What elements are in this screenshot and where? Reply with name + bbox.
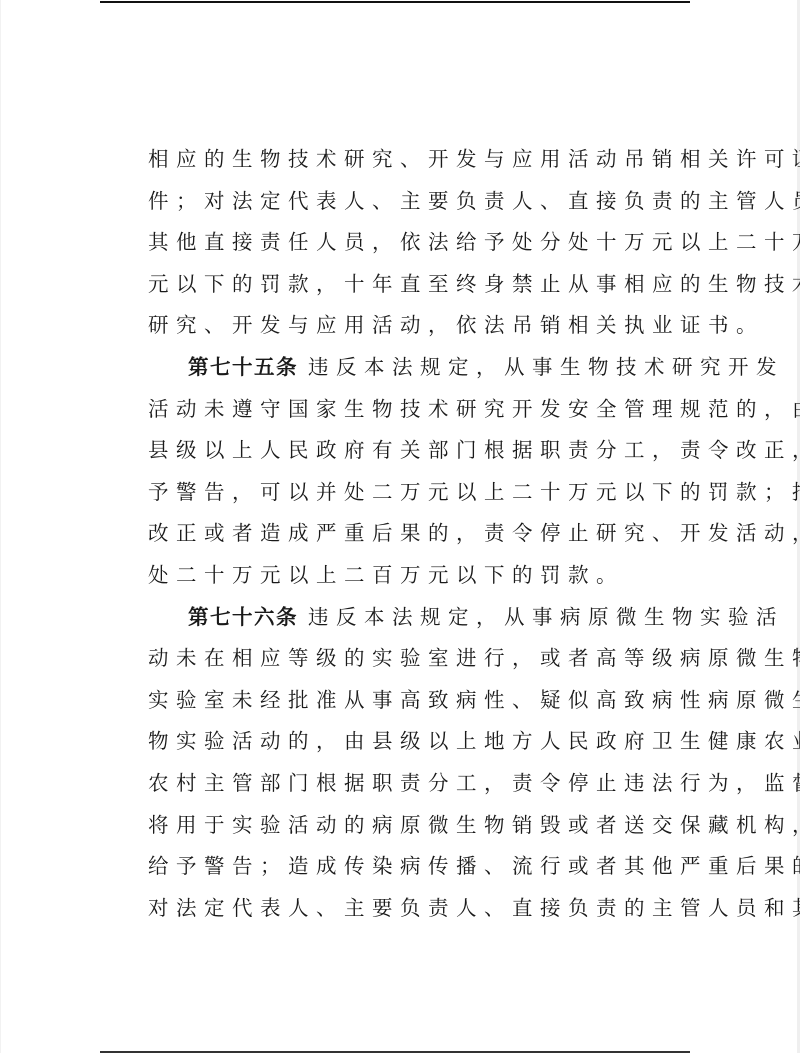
text-line: 改正或者造成严重后果的，责令停止研究、开发活动，并: [148, 513, 658, 555]
text-line: 将用于实验活动的病原微生物销毁或者送交保藏机构，: [148, 805, 658, 847]
page-edge-left: [0, 0, 1, 1053]
text-line: 其他直接责任人员，依法给予处分处十万元以上二十万: [148, 222, 658, 264]
text-line: 物实验活动的，由县级以上地方人民政府卫生健康农业: [148, 721, 658, 763]
article-75-first-line: 第七十五条违反本法规定，从事生物技术研究开发: [148, 347, 658, 389]
text-line: 研究、开发与应用活动，依法吊销相关执业证书。: [148, 305, 658, 347]
text-line: 违反本法规定，从事生物技术研究开发: [308, 355, 784, 379]
article-76-first-line: 第七十六条违反本法规定，从事病原微生物实验活: [148, 597, 658, 639]
text-line: 对法定代表人、主要负责人、直接负责的主管人员和其他: [148, 888, 658, 930]
text-line: 县级以上人民政府有关部门根据职责分工，责令改正，给: [148, 430, 658, 472]
text-line: 元以下的罚款，十年直至终身禁止从事相应的生物技术: [148, 264, 658, 306]
text-line: 件；对法定代表人、主要负责人、直接负责的主管人员和: [148, 181, 658, 223]
text-line: 处二十万元以上二百万元以下的罚款。: [148, 555, 658, 597]
header-rule: [100, 1, 690, 3]
article-number: 第七十六条: [188, 605, 298, 629]
document-body: 相应的生物技术研究、开发与应用活动吊销相关许可证 件；对法定代表人、主要负责人、…: [148, 139, 658, 929]
text-line: 予警告，可以并处二万元以上二十万元以下的罚款；拒不: [148, 472, 658, 514]
text-line: 违反本法规定，从事病原微生物实验活: [308, 605, 784, 629]
text-line: 活动未遵守国家生物技术研究开发安全管理规范的，由: [148, 389, 658, 431]
text-line: 动未在相应等级的实验室进行，或者高等级病原微生物: [148, 638, 658, 680]
text-line: 相应的生物技术研究、开发与应用活动吊销相关许可证: [148, 139, 658, 181]
text-line: 给予警告；造成传染病传播、流行或者其他严重后果的，: [148, 846, 658, 888]
article-number: 第七十五条: [188, 355, 298, 379]
text-line: 农村主管部门根据职责分工，责令停止违法行为，监督其: [148, 763, 658, 805]
text-line: 实验室未经批准从事高致病性、疑似高致病性病原微生: [148, 680, 658, 722]
